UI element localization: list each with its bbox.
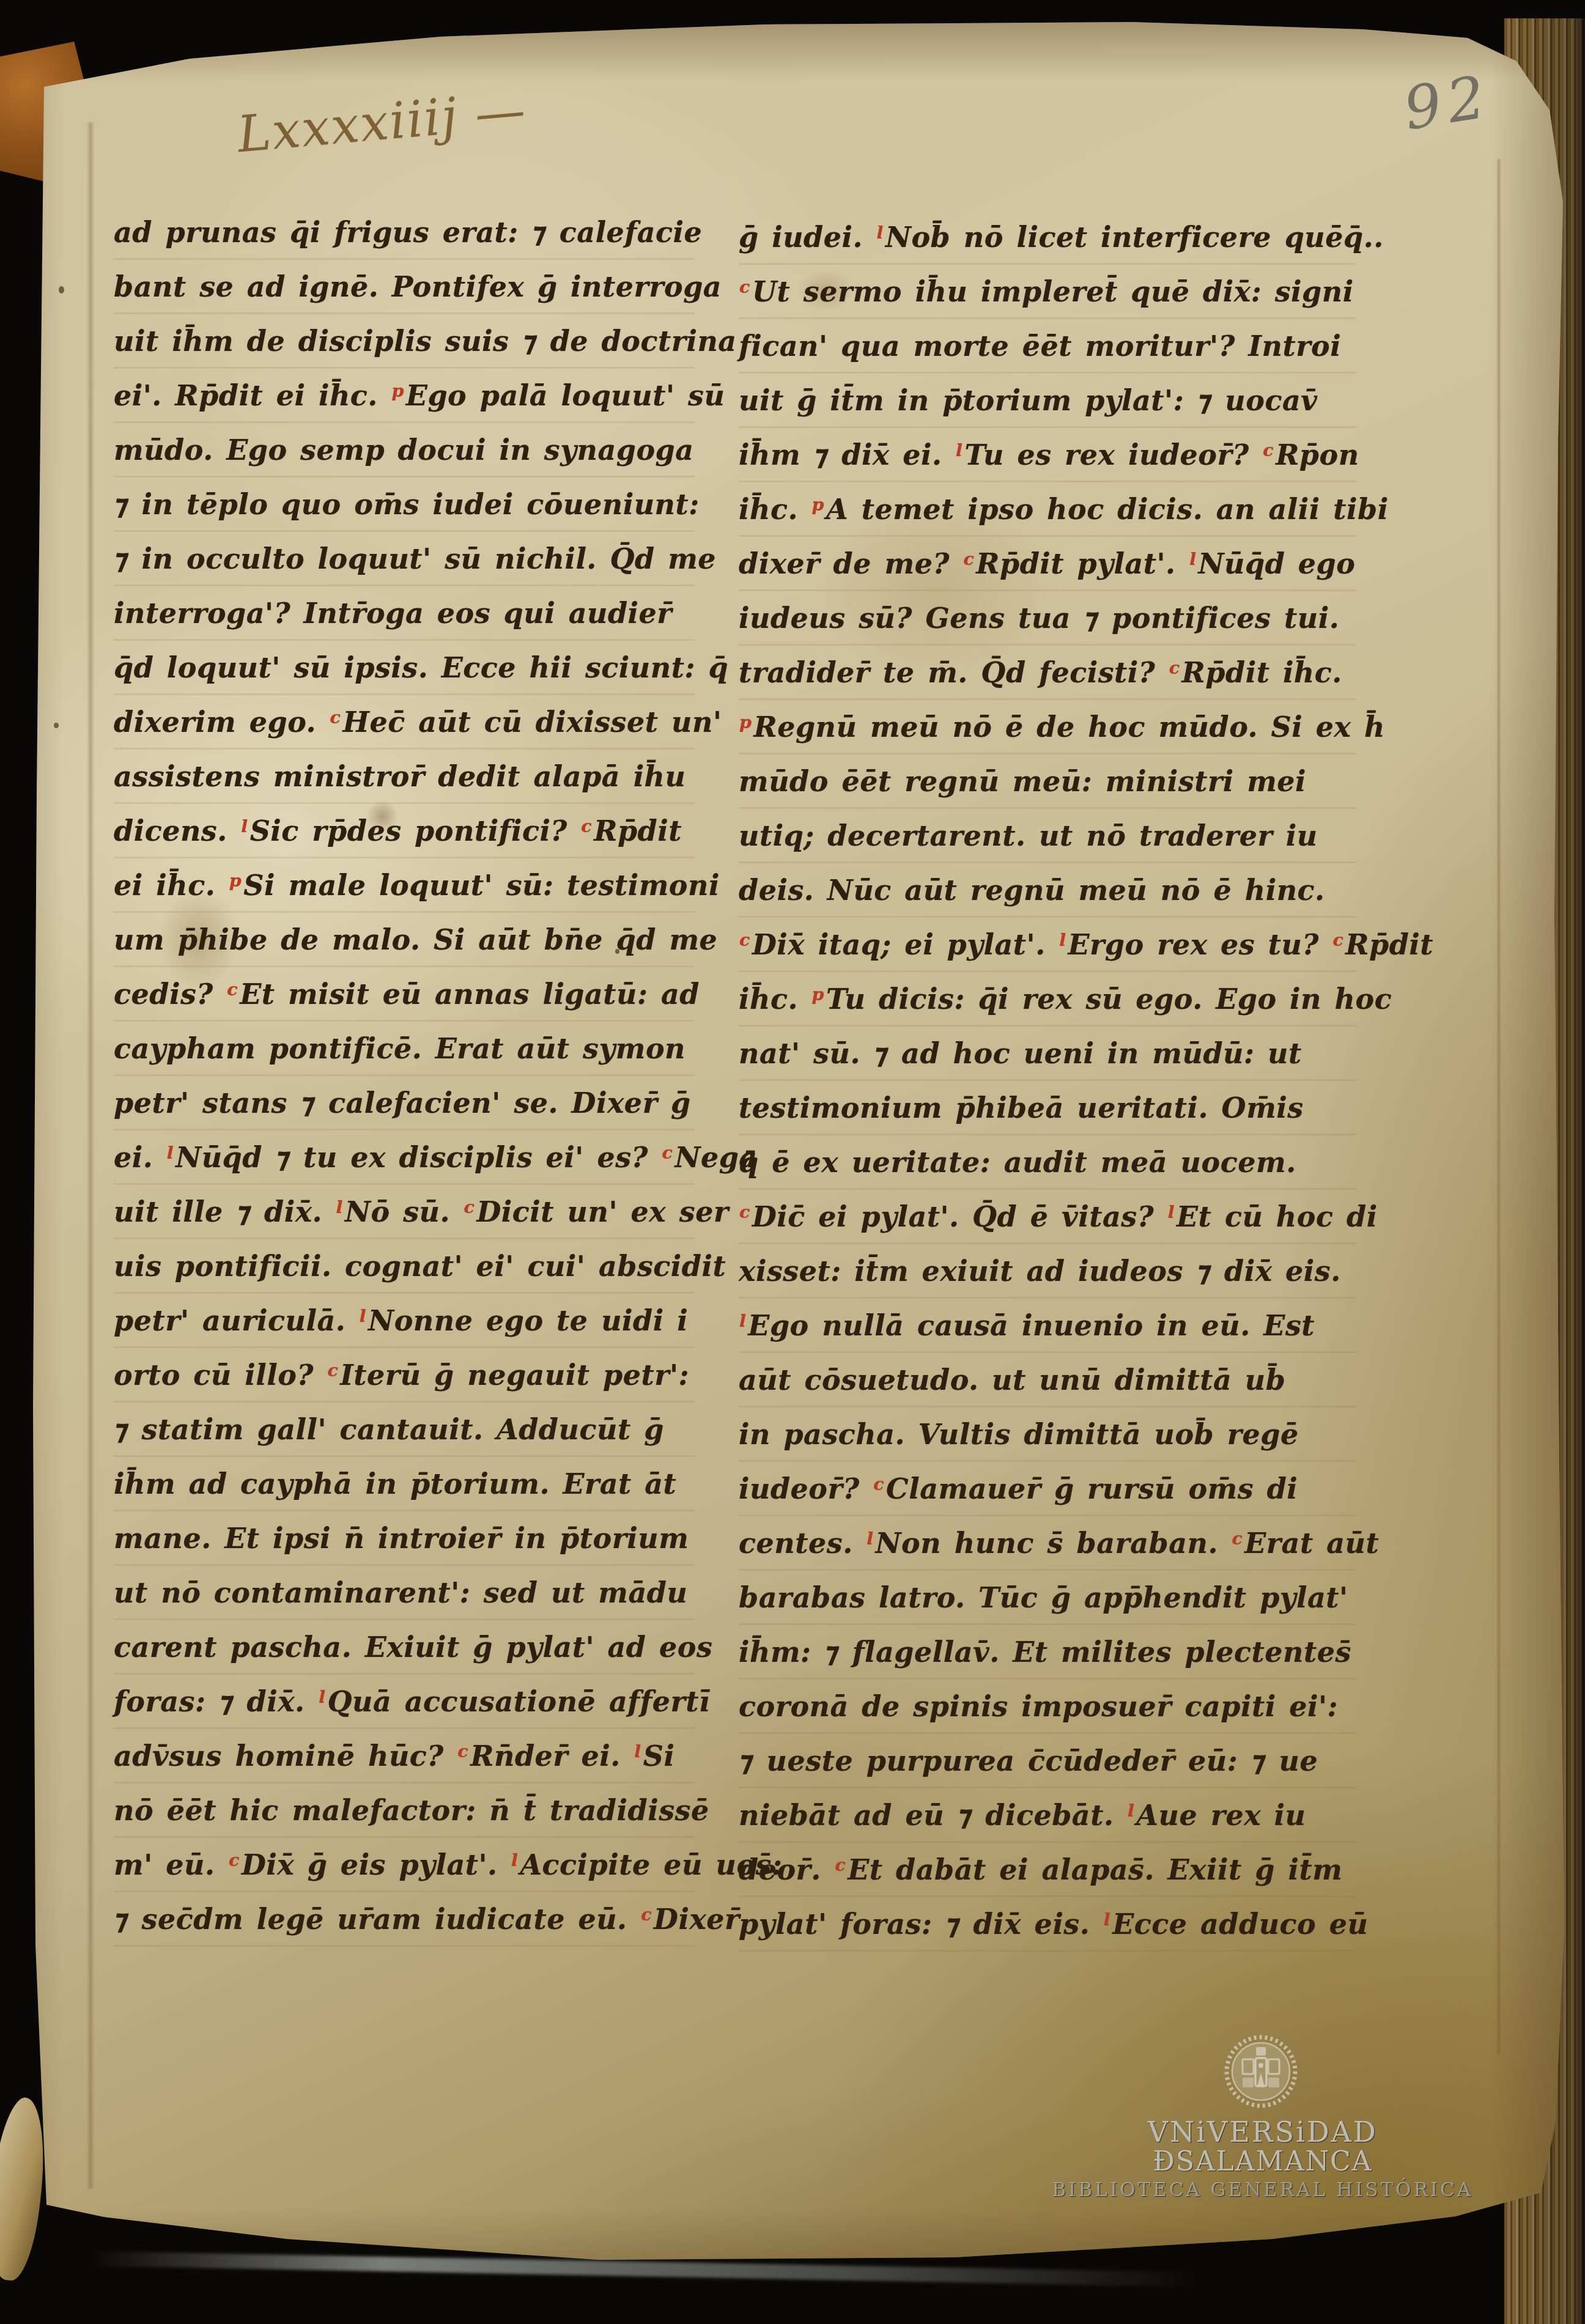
rubric-guide-letter: c	[963, 548, 974, 569]
manuscript-line: ⁊ sec̄dm legē ur̄am iudicate eū. cDixer̄	[114, 1892, 695, 1947]
library-watermark: VNiVERSiDAD ÐSALAMANCA BIBLIOTECA GENERA…	[1113, 2030, 1419, 2213]
rubric-guide-letter: l	[1189, 548, 1196, 569]
folio-number: 92	[1399, 62, 1496, 144]
manuscript-line: mane. Et ipsi n̄ introier̄ in p̄torium	[114, 1511, 695, 1566]
manuscript-line: nat' sū. ⁊ ad hoc ueni in mūdū: ut	[739, 1027, 1356, 1081]
rubric-guide-letter: p	[811, 984, 824, 1005]
manuscript-line: pRegnū meū nō ē de hoc mūdo. Si ex h̄	[739, 700, 1356, 754]
manuscript-line: cDix̄ itaq; ei pylat'. lErgo rex es tu? …	[739, 918, 1356, 972]
manuscript-line: pylat' foras: ⁊ dix̄ eis. lEcce adduco e…	[739, 1897, 1356, 1952]
manuscript-line: mūdo ēēt regnū meū: ministri mei	[739, 754, 1356, 809]
rubric-guide-letter: l	[360, 1305, 366, 1326]
rubric-guide-letter: c	[1169, 657, 1180, 678]
manuscript-line: xisset: it̄m exiuit ad iudeos ⁊ dix̄ eis…	[739, 1244, 1356, 1299]
manuscript-line: centes. lNon hunc s̄ baraban. cErat aūt	[739, 1516, 1356, 1571]
rubric-guide-letter: l	[877, 222, 884, 243]
manuscript-line: um p̄hibe de malo. Si aūt bn̄e q̄d me	[114, 913, 695, 967]
rubric-guide-letter: c	[739, 276, 750, 297]
rubric-guide-letter: c	[1232, 1528, 1243, 1549]
parchment-speck	[54, 723, 59, 728]
manuscript-line: ⁊ in tēplo quo om̄s iudei cōueniunt:	[114, 478, 695, 532]
manuscript-line: in pascha. Vultis dimittā uob̄ regē	[739, 1407, 1356, 1462]
rubric-guide-letter: l	[511, 1850, 518, 1870]
manuscript-line: ih̄m ⁊ dix̄ ei. lTu es rex iudeor̄? cRp̄…	[739, 428, 1356, 482]
rubric-guide-letter: c	[739, 929, 750, 950]
rubric-guide-letter: p	[391, 380, 404, 401]
rubric-guide-letter: c	[662, 1142, 673, 1163]
rubric-guide-letter: c	[464, 1197, 475, 1217]
rubric-guide-letter: l	[634, 1741, 641, 1761]
manuscript-line: dicens. lSic rp̄des pontifici? cRp̄dit	[114, 804, 695, 858]
manuscript-line: uis pontificii. cognat' ei' cui' abscidi…	[114, 1239, 695, 1294]
manuscript-line: cUt sermo ih̄u impleret̄ quē dix̄: signi	[739, 265, 1356, 319]
rubric-guide-letter: c	[581, 816, 592, 836]
rubric-guide-letter: c	[641, 1904, 652, 1925]
rubric-guide-letter: p	[229, 870, 242, 891]
manuscript-line: m' eū. cDix̄ ḡ eis pylat'. lAccipite eū …	[114, 1838, 695, 1892]
manuscript-line: carent pascha. Exiuit ḡ pylat' ad eos	[114, 1620, 695, 1675]
rubric-guide-letter: c	[1263, 440, 1274, 460]
rubric-guide-letter: l	[1128, 1800, 1134, 1821]
manuscript-line: lEgo nullā causā inuenio in eū. Est	[739, 1299, 1356, 1353]
page-crease	[1497, 159, 1501, 2054]
parchment-page: Lxxxxiiij — 92 ad prunas q̄i frigus erat…	[0, 0, 1585, 2324]
rubric-guide-letter: c	[1332, 929, 1343, 950]
manuscript-line: niebāt ad eū ⁊ dicebāt. lAue rex iu	[739, 1788, 1356, 1843]
manuscript-line: ih̄m ad cayphā in p̄torium. Erat āt	[114, 1457, 695, 1511]
rubric-guide-letter: l	[739, 1310, 746, 1331]
rubric-guide-letter: l	[956, 440, 962, 460]
rubric-guide-letter: l	[167, 1142, 174, 1163]
manuscript-line: aūt cōsuetudo. ut unū dimittā ub̄	[739, 1353, 1356, 1407]
rubric-guide-letter: l	[1059, 929, 1066, 950]
rubric-guide-letter: c	[873, 1474, 884, 1494]
rubric-guide-letter: p	[811, 494, 824, 515]
manuscript-line: ei. lNūq̄d ⁊ tu ex disciplis ei' es? cNe…	[114, 1131, 695, 1185]
manuscript-line: q̄d loquut' sū ipsis. Ecce hii sciunt: q…	[114, 641, 695, 695]
rubric-guide-letter: l	[241, 816, 248, 836]
manuscript-line: uit ḡ it̄m in p̄torium pylat': ⁊ uocav̄	[739, 374, 1356, 428]
manuscript-line: iudeus sū? Gens tua ⁊ pontifices tui.	[739, 591, 1356, 646]
university-seal-icon	[1224, 2035, 1298, 2108]
manuscript-line: testimonium p̄hibeā ueritati. Om̄is	[739, 1081, 1356, 1135]
manuscript-line: tradider̄ te m̄. Q̄d fecisti? cRp̄dit ih…	[739, 646, 1356, 700]
manuscript-line: ei ih̄c. pSi male loquut' sū: testimoni	[114, 858, 695, 913]
text-column-left: ad prunas q̄i frigus erat: ⁊ calefacieba…	[114, 205, 695, 1947]
rubric-guide-letter: c	[330, 707, 341, 728]
rubric-guide-letter: c	[835, 1854, 846, 1875]
manuscript-line: ih̄m: ⁊ flagellav̄. Et milites plectente…	[739, 1625, 1356, 1680]
manuscript-line: dixerim ego. cHec̄ aūt cū dixisset un'	[114, 695, 695, 750]
manuscript-line: caypham pontificē. Erat aūt symon	[114, 1022, 695, 1076]
gutter-crease	[87, 122, 94, 2189]
watermark-university-name-2: ÐSALAMANCA	[1153, 2146, 1372, 2177]
manuscript-line: ḡ iudei. lNob̄ nō licet interficere quēq…	[739, 210, 1356, 265]
manuscript-line: utiq; decertarent. ut nō traderer iu	[739, 809, 1356, 863]
manuscript-line: ih̄c. pTu dicis: q̄i rex sū ego. Ego in …	[739, 972, 1356, 1027]
rubric-guide-letter: l	[336, 1197, 343, 1217]
manuscript-line: uit ih̄m de disciplis suis ⁊ de doctrina	[114, 314, 695, 369]
manuscript-line: cedis? cEt misit eū annas ligatū: ad	[114, 967, 695, 1022]
manuscript-line: ⁊ in occulto loquut' sū nichil. Q̄d me	[114, 532, 695, 586]
manuscript-line: ⁊ statim gall' cantauit. Adducūt ḡ	[114, 1403, 695, 1457]
manuscript-line: ⁊ ueste purpurea c̄cūdeder̄ eū: ⁊ ue	[739, 1734, 1356, 1788]
manuscript-line: dixer̄ de me? cRp̄dit pylat'. lNūq̄d ego	[739, 537, 1356, 591]
manuscript-line: ut nō contaminarent': sed ut mādu	[114, 1566, 695, 1620]
manuscript-photo: Lxxxxiiij — 92 ad prunas q̄i frigus erat…	[0, 0, 1585, 2324]
rubric-guide-letter: l	[1168, 1201, 1175, 1222]
manuscript-line: orto cū illo? cIterū ḡ negauit petr':	[114, 1348, 695, 1403]
watermark-library-name: BIBLIOTECA GENERAL HISTÓRICA	[1052, 2179, 1474, 2201]
manuscript-line: deor̄. cEt dabāt ei alapas̄. Exiit ḡ it̄…	[739, 1843, 1356, 1897]
rubric-guide-letter: c	[227, 979, 238, 1000]
manuscript-line: petr' auriculā. lNonne ego te uidi i	[114, 1294, 695, 1348]
manuscript-line: coronā de spinis imposuer̄ capiti ei':	[739, 1680, 1356, 1734]
rubric-guide-letter: p	[739, 712, 752, 732]
rubric-guide-letter: l	[866, 1528, 873, 1549]
manuscript-line: deis. Nūc aūt regnū meū nō ē hinc.	[739, 863, 1356, 918]
manuscript-line: adv̄sus hominē hūc? cRn̄der̄ ei. lSi	[114, 1729, 695, 1784]
manuscript-line: cDic̄ ei pylat'. Q̄d ē v̄itas? lEt cū ho…	[739, 1190, 1356, 1244]
watermark-university-name: VNiVERSiDAD	[1148, 2116, 1378, 2149]
manuscript-line: ad prunas q̄i frigus erat: ⁊ calefacie	[114, 205, 695, 260]
parchment-speck	[59, 286, 64, 293]
manuscript-line: q̄ ē ex ueritate: audit meā uocem.	[739, 1135, 1356, 1190]
rubric-guide-letter: l	[319, 1686, 325, 1707]
rubric-guide-letter: c	[457, 1741, 468, 1761]
manuscript-line: bant se ad ignē. Pontifex ḡ interroga	[114, 260, 695, 314]
manuscript-line: assistens ministror̄ dedit alapā ih̄u	[114, 750, 695, 804]
rubric-guide-letter: c	[229, 1850, 240, 1870]
manuscript-line: fican' qua morte ēēt moritur'? Introi	[739, 319, 1356, 374]
manuscript-line: nō ēēt hic malefactor: n̄ t̄ tradidissē	[114, 1784, 695, 1838]
rubric-guide-letter: c	[739, 1201, 750, 1222]
manuscript-line: ei'. Rp̄dit ei ih̄c. pEgo palā loquut' s…	[114, 369, 695, 423]
manuscript-line: foras: ⁊ dix̄. lQuā accusationē affertī	[114, 1675, 695, 1729]
manuscript-line: interroga'? Intr̄oga eos qui audier̄	[114, 586, 695, 641]
manuscript-line: iudeor̄? cClamauer̄ ḡ rursū om̄s di	[739, 1462, 1356, 1516]
manuscript-line: ih̄c. pA temet ipso hoc dicis. an alii t…	[739, 482, 1356, 537]
text-column-right: ḡ iudei. lNob̄ nō licet interficere quēq…	[739, 210, 1356, 1952]
manuscript-line: mūdo. Ego semp docui in synagoga	[114, 423, 695, 478]
manuscript-line: uit ille ⁊ dix̄. lNō sū. cDicit un' ex s…	[114, 1185, 695, 1239]
rubric-guide-letter: l	[1104, 1909, 1110, 1930]
manuscript-line: barabas latro. Tūc ḡ app̄hendit pylat'	[739, 1571, 1356, 1625]
manuscript-line: petr' stans ⁊ calefacien' se. Dixer̄ ḡ	[114, 1076, 695, 1131]
rubric-guide-letter: c	[327, 1360, 338, 1381]
